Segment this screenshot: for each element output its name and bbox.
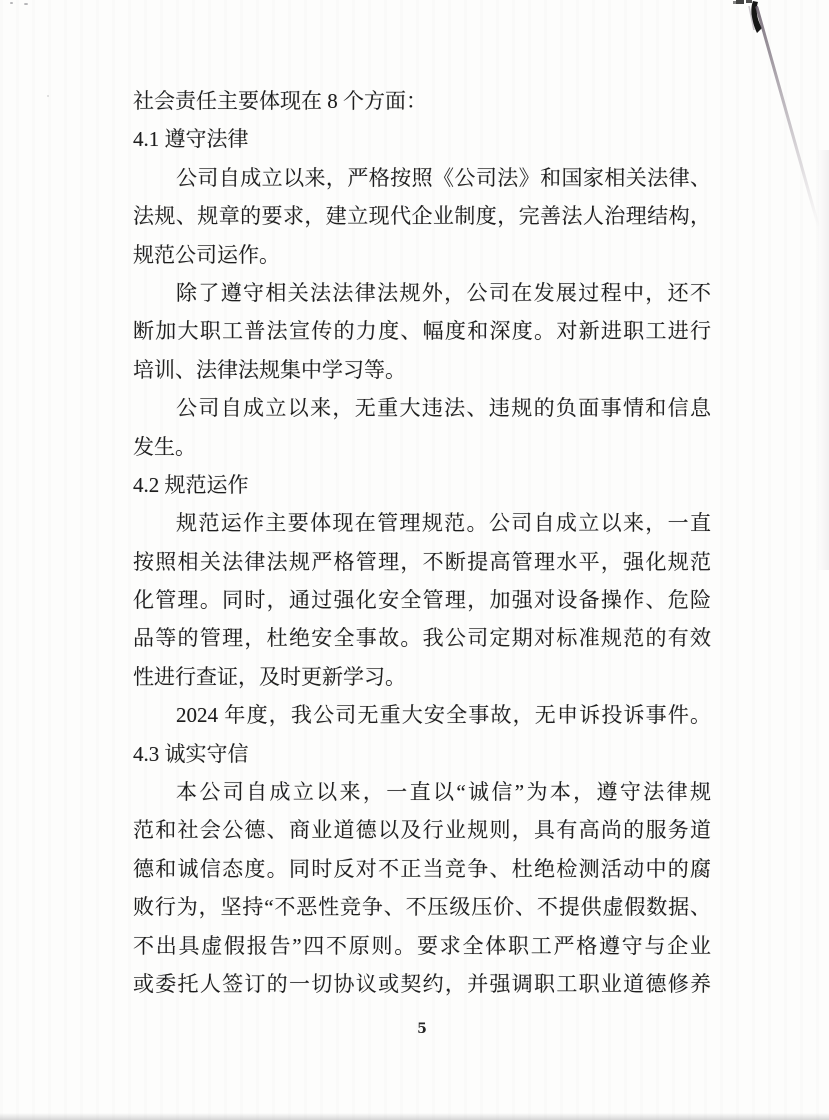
scan-speck [10, 2, 13, 4]
text-line: 范和社会公德、商业道德以及行业规则，具有高尚的服务道 [133, 811, 711, 849]
text-line: 法规、规章的要求，建立现代企业制度，完善法人治理结构， [133, 197, 711, 235]
scanned-page: 社会责任主要体现在 8 个方面： 4.1 遵守法律 公司自成立以来，严格按照《公… [0, 0, 829, 1120]
text-line: 发生。 [133, 428, 711, 466]
text-line: 2024 年度，我公司无重大安全事故，无申诉投诉事件。 [133, 696, 711, 734]
text-line: 或委托人签订的一切协议或契约，并强调职工职业道德修养 [133, 965, 711, 1003]
corner-pen-mark [733, 0, 775, 40]
text-line: 德和诚信态度。同时反对不正当竞争、杜绝检测活动中的腐 [133, 850, 711, 888]
text-line: 公司自成立以来，严格按照《公司法》和国家相关法律、 [133, 159, 711, 197]
text-line: 除了遵守相关法法律法规外，公司在发展过程中，还不 [133, 274, 711, 312]
page-bottom-edge-shadow [0, 1113, 829, 1120]
text-line: 公司自成立以来，无重大违法、违规的负面事情和信息 [133, 389, 711, 427]
intro-line: 社会责任主要体现在 8 个方面： [133, 82, 711, 120]
text-line: 按照相关法律法规严格管理，不断提高管理水平，强化规范 [133, 543, 711, 581]
text-line: 品等的管理，杜绝安全事故。我公司定期对标准规范的有效 [133, 619, 711, 657]
scan-speck [24, 3, 28, 5]
page-number: 5 [133, 1021, 711, 1037]
section-heading-4-2: 4.2 规范运作 [133, 466, 711, 504]
text-line: 培训、法律法规集中学习等。 [133, 351, 711, 389]
document-text-block: 社会责任主要体现在 8 个方面： 4.1 遵守法律 公司自成立以来，严格按照《公… [133, 82, 711, 1003]
text-line: 不出具虚假报告”四不原则。要求全体职工严格遵守与企业 [133, 927, 711, 965]
text-line: 本公司自成立以来，一直以“诚信”为本，遵守法律规 [133, 773, 711, 811]
text-line: 断加大职工普法宣传的力度、幅度和深度。对新进职工进行 [133, 312, 711, 350]
text-line: 性进行查证，及时更新学习。 [133, 658, 711, 696]
page-edge-shading [817, 150, 829, 570]
text-line: 败行为，坚持“不恶性竞争、不压级压价、不提供虚假数据、 [133, 888, 711, 926]
scan-speck [47, 95, 49, 97]
text-line: 化管理。同时，通过强化安全管理，加强对设备操作、危险 [133, 581, 711, 619]
text-line: 规范运作主要体现在管理规范。公司自成立以来，一直 [133, 504, 711, 542]
section-heading-4-1: 4.1 遵守法律 [133, 120, 711, 158]
text-line: 规范公司运作。 [133, 236, 711, 274]
section-heading-4-3: 4.3 诚实守信 [133, 735, 711, 773]
scanner-crease-line [755, 6, 820, 228]
